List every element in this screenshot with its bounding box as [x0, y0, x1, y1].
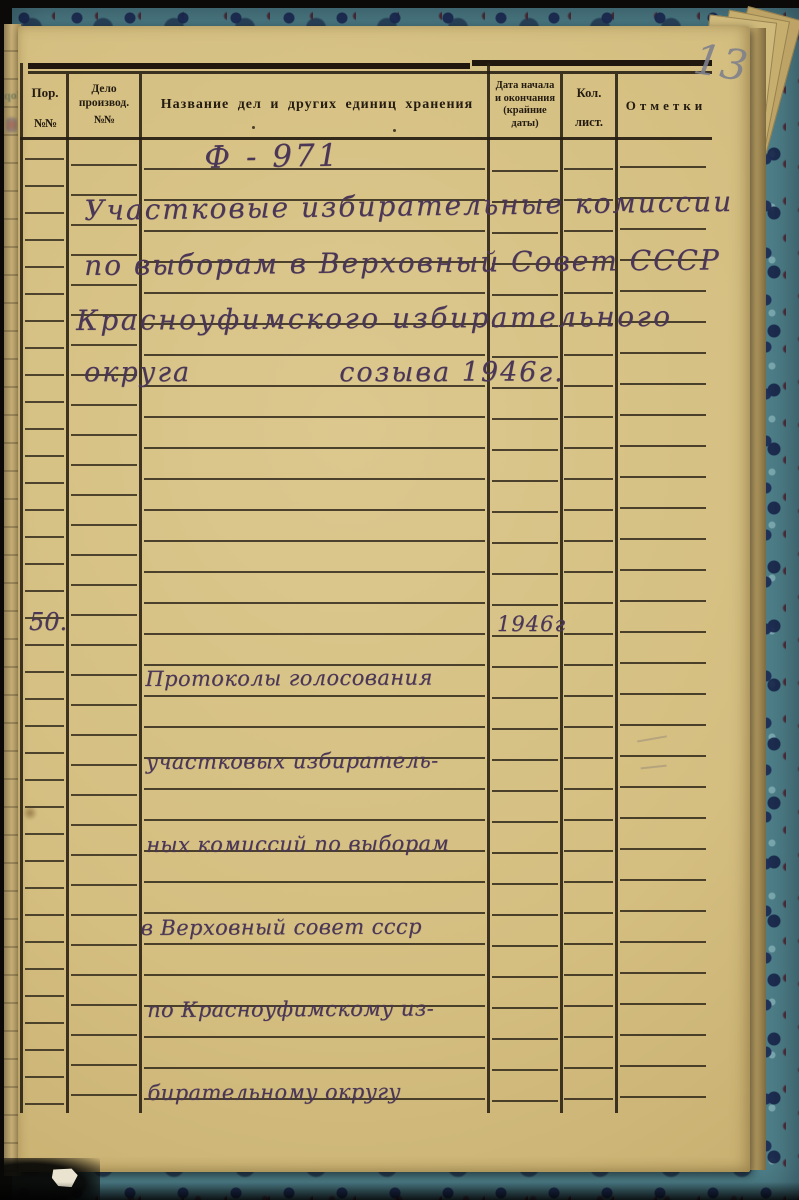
ink-bleed-blob [6, 116, 17, 134]
col-divider-1 [66, 74, 69, 1113]
header-sheets-line1: Кол. [564, 86, 614, 100]
entry-order-number: 50. [29, 608, 67, 636]
header-notes-col: Отметки [621, 99, 711, 113]
entry-title-line: участковых избиратель- [146, 747, 449, 776]
col-divider-2 [139, 74, 142, 1113]
section-title-line: округа созыва 1946г. [84, 357, 565, 388]
entry-title-line: Протоколы голосования [145, 665, 448, 694]
header-title-col: Название дел и других единиц хранения [148, 98, 486, 112]
entry-title-line: по Красноуфимскому из- [147, 996, 450, 1025]
header-dates-line3: (крайние [491, 105, 559, 118]
entry-title-line: в Верховный совет ссср [141, 913, 450, 942]
section-title-line: Красноуфимского избирательного [76, 300, 673, 337]
faint-pencil-mark [639, 753, 666, 770]
header-file-line3: №№ [70, 113, 138, 127]
top-rule-left [28, 63, 470, 69]
entry-date: 1946г [497, 612, 566, 636]
ruling-notes-col [620, 137, 706, 1112]
col-divider-4 [560, 74, 563, 1113]
table-left-border [20, 63, 23, 1113]
col-divider-5 [615, 74, 618, 1113]
ruling-file-col [71, 136, 137, 1112]
fond-number: Ф - 971 [204, 138, 341, 176]
top-rule-under [28, 71, 712, 74]
bottom-shadow [0, 1182, 799, 1200]
paper-stain [22, 806, 38, 820]
entry-title-line: ных комиссий по выборам [146, 830, 449, 859]
header-dates-line4: даты) [491, 118, 559, 131]
header-sheets-col: Кол. лист. [564, 86, 614, 129]
header-dates-line2: и окончания [491, 93, 559, 106]
header-sheets-line2: лист. [564, 115, 614, 129]
header-order-line2: №№ [24, 116, 66, 130]
header-dates-col: Дата начала и окончания (крайние даты) [491, 80, 559, 130]
header-file-line1: Дело [70, 82, 138, 96]
header-file-col: Дело производ. №№ [70, 82, 138, 127]
top-rule-right [472, 60, 712, 66]
print-dot [393, 129, 396, 132]
scanned-archive-inventory-page: Пор Пор. №№ Дело производ. №№ Назва [0, 0, 799, 1200]
header-order-line1: Пор. [24, 86, 66, 100]
ruling-sheets-col [564, 139, 613, 1112]
page-number-pencil: 13 [690, 34, 750, 91]
header-order-col: Пор. №№ [24, 86, 66, 130]
section-title-line: по выборам в Верховный Совет СССР [84, 243, 721, 282]
header-file-line2: производ. [70, 96, 138, 110]
header-dates-line1: Дата начала [491, 80, 559, 93]
entry-title-block: Протоколы голосования участковых избират… [145, 609, 451, 1162]
entry-title-line: бирательному округу [147, 1079, 450, 1108]
print-dot [252, 126, 255, 129]
